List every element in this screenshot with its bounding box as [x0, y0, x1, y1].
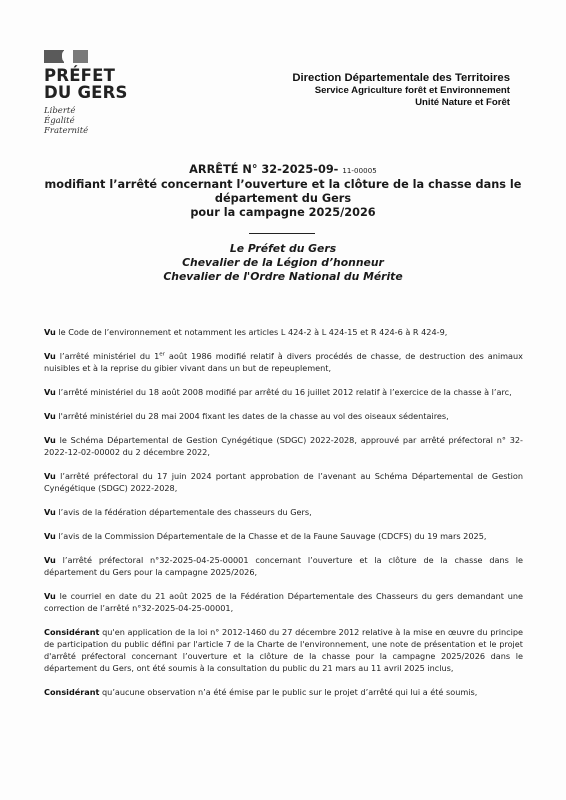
- visa-paragraph: Vu l’arrêté préfectoral du 17 juin 2024 …: [44, 470, 523, 494]
- visa-paragraph: Vu l’arrêté préfectoral n°32-2025-04-25-…: [44, 554, 523, 578]
- decree-number-suffix: 11-00005: [342, 167, 377, 175]
- decree-number-prefix: ARRÊTÉ N° 32-2025-09-: [189, 163, 338, 176]
- visa-paragraph: Vu le Schéma Départemental de Gestion Cy…: [44, 434, 523, 458]
- prefet-honor-merit: Chevalier de l'Ordre National du Mérite: [40, 270, 526, 284]
- paragraph-text: qu’aucune observation n’a été émise par …: [99, 687, 477, 697]
- paragraph-lead: Vu: [44, 435, 56, 445]
- paragraph-lead: Vu: [44, 327, 56, 337]
- prefet-name-line1: PRÉFET: [44, 67, 154, 84]
- service-name: Service Agriculture forêt et Environneme…: [292, 85, 510, 97]
- paragraph-text: l'arrêté ministériel du 28 mai 2004 fixa…: [56, 411, 449, 421]
- paragraph-lead: Considérant: [44, 687, 99, 697]
- paragraph-text: l’arrêté préfectoral n°32-2025-04-25-000…: [44, 555, 523, 577]
- paragraph-text: le Code de l’environnement et notamment …: [56, 327, 448, 337]
- paragraph-text: l’arrêté ministériel du 18 août 2008 mod…: [56, 387, 512, 397]
- paragraph-lead: Vu: [44, 591, 56, 601]
- title-separator: [249, 233, 315, 234]
- paragraph-lead: Vu: [44, 507, 56, 517]
- paragraph-lead: Vu: [44, 411, 56, 421]
- prefet-name: PRÉFET DU GERS: [44, 67, 154, 101]
- considerant-paragraph: Considérant qu’aucune observation n’a ét…: [44, 686, 523, 698]
- paragraph-lead: Vu: [44, 555, 56, 565]
- motto-liberte: Liberté: [44, 106, 154, 116]
- decree-number: ARRÊTÉ N° 32-2025-09- 11-00005: [40, 163, 526, 178]
- visa-paragraph: Vu l’avis de la Commission Départemental…: [44, 530, 523, 542]
- marianne-logo-icon: [44, 50, 88, 63]
- paragraph-text: l’arrêté préfectoral du 17 juin 2024 por…: [44, 471, 523, 493]
- visa-paragraph: Vu l’avis de la fédération départemental…: [44, 506, 523, 518]
- paragraph-text: l’avis de la Commission Départementale d…: [56, 531, 487, 541]
- visa-paragraph: Vu le Code de l’environnement et notamme…: [44, 326, 523, 338]
- decree-subject-line2: département du Gers: [40, 192, 526, 206]
- paragraph-text: le Schéma Départemental de Gestion Cynég…: [44, 435, 523, 457]
- paragraph-text: l’arrêté ministériel du 1: [56, 351, 160, 361]
- direction-name: Direction Départementale des Territoires: [292, 72, 510, 85]
- considerant-paragraph: Considérant qu'en application de la loi …: [44, 626, 523, 674]
- paragraph-lead: Vu: [44, 351, 56, 361]
- visa-paragraph: Vu le courriel en date du 21 août 2025 d…: [44, 590, 523, 614]
- motto-egalite: Égalité: [44, 116, 154, 126]
- paragraph-lead: Vu: [44, 471, 56, 481]
- paragraph-text: le courriel en date du 21 août 2025 de l…: [44, 591, 523, 613]
- prefecture-logo: PRÉFET DU GERS Liberté Égalité Fraternit…: [44, 50, 154, 136]
- prefet-honor-legion: Chevalier de la Légion d’honneur: [40, 256, 526, 270]
- decree-subject-line1: modifiant l’arrêté concernant l’ouvertur…: [40, 178, 526, 192]
- visa-paragraph: Vu l’arrêté ministériel du 1er août 1986…: [44, 350, 523, 374]
- decree-body: Vu le Code de l’environnement et notamme…: [44, 326, 523, 710]
- motto-fraternite: Fraternité: [44, 126, 154, 136]
- direction-header: Direction Départementale des Territoires…: [292, 72, 510, 108]
- paragraph-lead: Vu: [44, 531, 56, 541]
- decree-subject-line3: pour la campagne 2025/2026: [40, 206, 526, 220]
- decree-title: ARRÊTÉ N° 32-2025-09- 11-00005 modifiant…: [40, 163, 526, 220]
- prefet-name-line2: DU GERS: [44, 84, 154, 101]
- visa-paragraph: Vu l’arrêté ministériel du 18 août 2008 …: [44, 386, 523, 398]
- republic-motto: Liberté Égalité Fraternité: [44, 106, 154, 136]
- paragraph-lead: Considérant: [44, 627, 99, 637]
- paragraph-text: qu'en application de la loi n° 2012-1460…: [44, 627, 523, 673]
- prefet-title: Le Préfet du Gers: [40, 242, 526, 256]
- visa-paragraph: Vu l'arrêté ministériel du 28 mai 2004 f…: [44, 410, 523, 422]
- unit-name: Unité Nature et Forêt: [292, 97, 510, 109]
- prefet-titles: Le Préfet du Gers Chevalier de la Légion…: [40, 242, 526, 284]
- document-page: PRÉFET DU GERS Liberté Égalité Fraternit…: [0, 0, 566, 800]
- paragraph-text: l’avis de la fédération départementale d…: [56, 507, 312, 517]
- paragraph-lead: Vu: [44, 387, 56, 397]
